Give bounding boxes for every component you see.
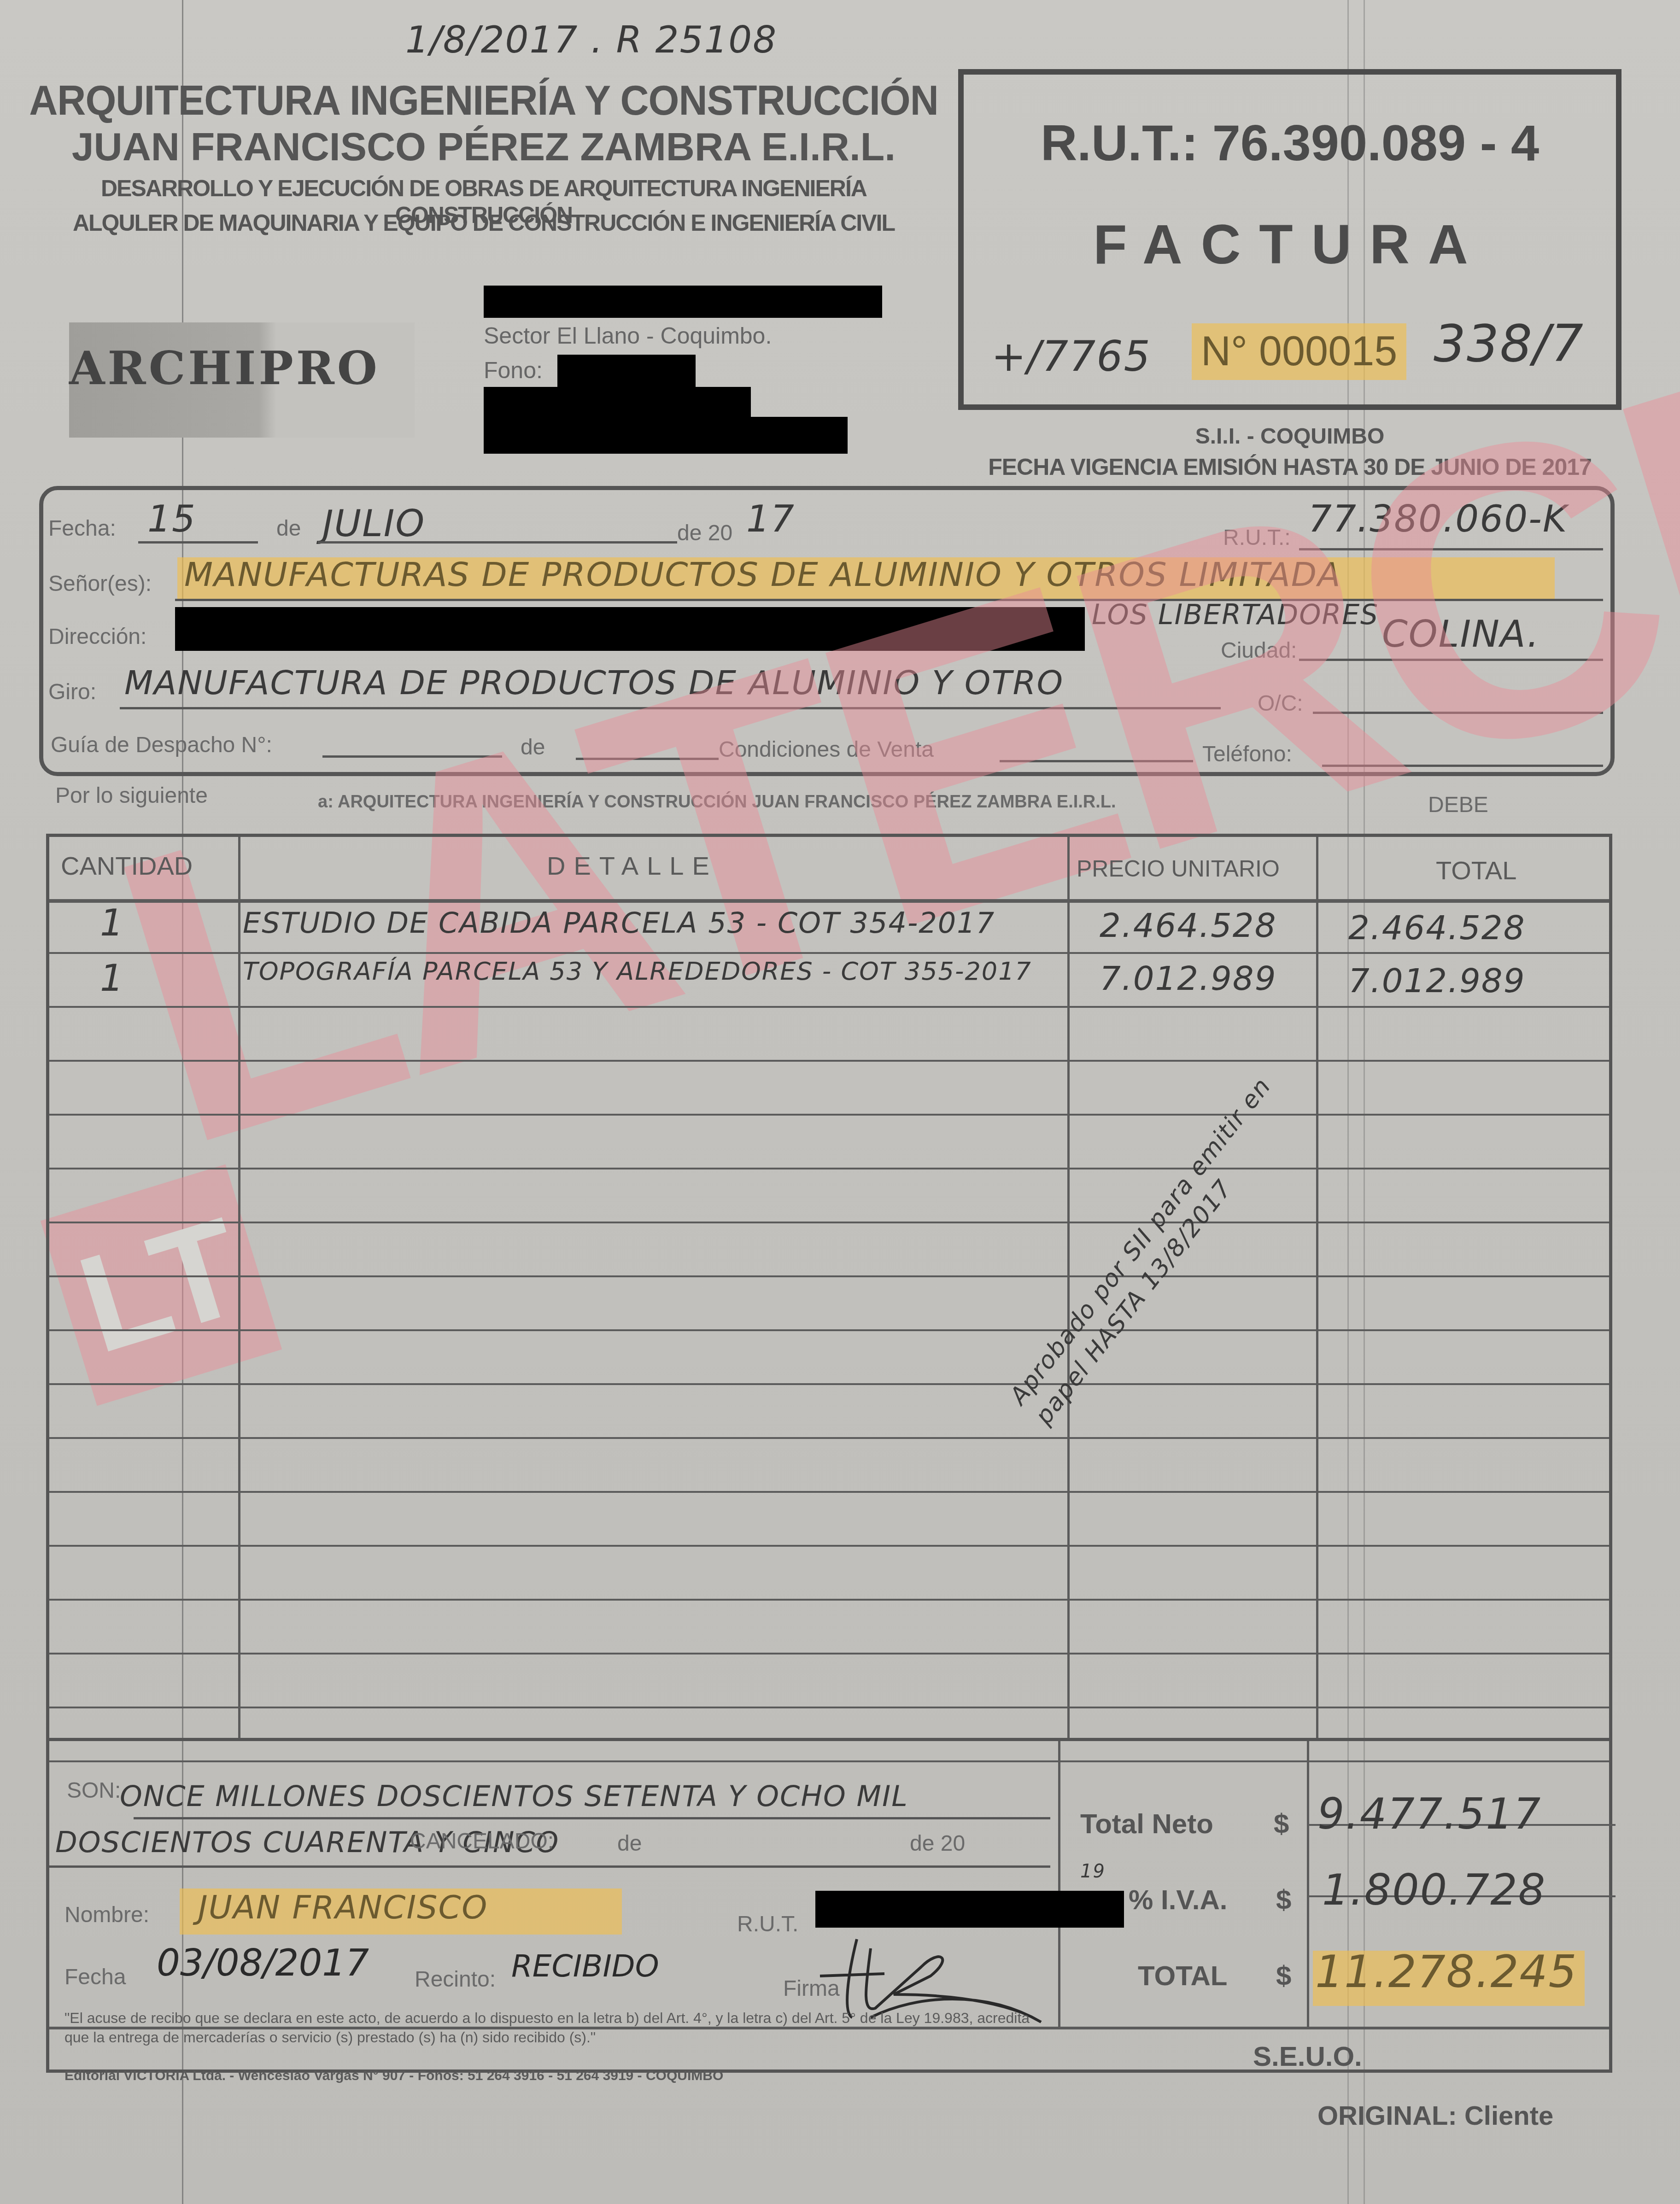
approval-annotation: Aprobado por SII para emitir en papel HA…	[1003, 1065, 1309, 1431]
fecha-recepcion: 03/08/2017	[157, 1941, 369, 1984]
neto-label: Total Neto	[1080, 1808, 1213, 1840]
seuo-label: S.E.U.O.	[1253, 2040, 1362, 2072]
issuer-activity-line2: ALQULER DE MAQUINARIA Y EQUIPO DE CONSTR…	[25, 210, 942, 236]
iva-label: % I.V.A.	[1129, 1884, 1228, 1916]
row-1-detalle: ESTUDIO DE CABIDA PARCELA 53 - COT 354-2…	[243, 906, 995, 940]
signer-rut-label: R.U.T.	[737, 1912, 798, 1937]
recinto-value: RECIBIDO	[511, 1948, 659, 1984]
printer-info: Editorial VICTORIA Ltda. - Wenceslao Var…	[64, 2068, 723, 2084]
invoice-day: 15	[147, 497, 196, 540]
row-divider	[49, 1114, 1609, 1116]
items-table: CANTIDAD DETALLE PRECIO UNITARIO TOTAL 1…	[46, 834, 1612, 1741]
header-detalle: DETALLE	[547, 851, 718, 881]
header-precio-unitario: PRECIO UNITARIO	[1077, 855, 1280, 882]
archipro-logo: ARCHIPRO	[69, 322, 415, 438]
senores-label: Señor(es):	[48, 571, 152, 596]
underline	[134, 1817, 1050, 1819]
row-divider	[49, 1006, 1609, 1008]
row-divider	[49, 1707, 1609, 1708]
header-cantidad: CANTIDAD	[61, 851, 193, 881]
total-currency: $	[1276, 1960, 1291, 1992]
redaction-block	[484, 387, 751, 419]
col-divider	[1067, 837, 1070, 1738]
row-1-total: 2.464.528	[1348, 908, 1525, 947]
redaction-block	[484, 417, 848, 454]
row-divider	[49, 952, 1609, 954]
fecha-label: Fecha:	[48, 516, 116, 541]
handwritten-top-note: 1/8/2017 . R 25108	[405, 18, 777, 61]
issuer-name-line1: ARQUITECTURA INGENIERÍA Y CONSTRUCCIÓN	[25, 77, 942, 125]
underline	[138, 541, 258, 544]
invoice-month: JULIO	[322, 502, 425, 545]
issuer-name-line2: JUAN FRANCISCO PÉREZ ZAMBRA E.I.R.L.	[25, 124, 942, 170]
row-2-total: 7.012.989	[1348, 961, 1525, 1000]
row-divider	[49, 1545, 1609, 1547]
total-neto: 9.477.517	[1317, 1789, 1541, 1839]
invoice-year: 17	[746, 497, 795, 540]
recinto-label: Recinto:	[415, 1967, 496, 1992]
iva-percent: 19	[1080, 1861, 1106, 1882]
fecha-recepcion-label: Fecha	[64, 1964, 126, 1990]
row-divider	[49, 1060, 1609, 1062]
issuer-rut: R.U.T.: 76.390.089 - 4	[964, 114, 1616, 172]
row-1-precio: 2.464.528	[1100, 906, 1276, 945]
neto-currency: $	[1274, 1808, 1289, 1840]
issuer-address: Sector El Llano - Coquimbo.	[484, 322, 772, 349]
col-divider	[1316, 837, 1318, 1738]
row-divider	[49, 1329, 1609, 1331]
cancelado-de1: de	[617, 1831, 642, 1856]
redaction-block	[484, 286, 882, 318]
handwritten-ref-left: +/7765	[991, 333, 1151, 381]
direccion-label: Dirección:	[48, 624, 146, 649]
year-label: de 20	[677, 520, 732, 546]
document-title: FACTURA	[964, 213, 1616, 276]
invoice-paper: 1/8/2017 . R 25108 ARQUITECTURA INGENIER…	[0, 0, 1680, 2204]
row-2-precio: 7.012.989	[1100, 959, 1276, 998]
row-divider	[49, 1599, 1609, 1601]
redaction-block	[557, 355, 696, 389]
header-divider	[49, 899, 1609, 903]
total-label: TOTAL	[1138, 1960, 1227, 1992]
cancelado-de2: de 20	[910, 1831, 965, 1856]
cancelado-label: CANCELADO:	[410, 1829, 554, 1854]
row-2-cantidad: 1	[100, 957, 124, 1000]
header-total: TOTAL	[1436, 855, 1516, 885]
underline	[318, 541, 677, 544]
row-divider	[49, 1653, 1609, 1654]
row-divider	[49, 1168, 1609, 1169]
underline	[46, 1865, 1050, 1868]
col-divider	[1307, 1741, 1309, 2027]
invoice-number: N° 000015	[1192, 323, 1406, 380]
row-1-cantidad: 1	[100, 901, 124, 944]
row-divider	[49, 1222, 1609, 1223]
nombre-label: Nombre:	[64, 1902, 149, 1928]
iva-currency: $	[1276, 1884, 1291, 1916]
copy-label: ORIGINAL: Cliente	[1317, 2100, 1553, 2131]
iva-amount: 1.800.728	[1322, 1865, 1546, 1915]
row-divider	[49, 1383, 1609, 1385]
signer-name: JUAN FRANCISCO	[198, 1888, 488, 1926]
logo-text: ARCHIPRO	[69, 341, 380, 395]
de-label: de	[276, 516, 301, 541]
legal-notice: "El acuse de recibo que se declara en es…	[64, 2008, 1055, 2047]
col-divider	[238, 837, 240, 1738]
row-divider	[49, 1437, 1609, 1439]
row-2-detalle: TOPOGRAFÍA PARCELA 53 Y ALREDEDORES - CO…	[243, 957, 1032, 986]
row-divider	[49, 1491, 1609, 1493]
giro-label: Giro:	[48, 679, 96, 705]
grand-total: 11.278.245	[1315, 1946, 1578, 1998]
row-divider	[49, 1275, 1609, 1277]
issuer-phone-label: Fono:	[484, 357, 543, 384]
